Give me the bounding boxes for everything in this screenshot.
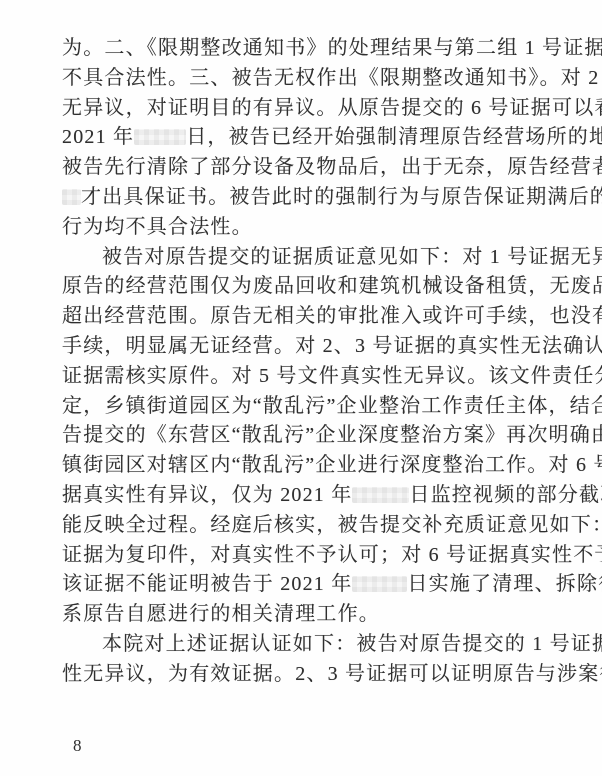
text-line: 手续，明显属无证经营。对 2、3 号证据的真实性无法确认。4 号 (62, 332, 542, 362)
text-line: 该证据不能证明被告于 2021 年日实施了清理、拆除行为， (62, 570, 542, 600)
text-line: 2021 年日，被告已经开始强制清理原告经营场所的地上物， (62, 123, 542, 153)
text-run: 被告先行清除了部分设备及物品后，出于无奈，原告经营者任 (62, 156, 602, 178)
text-run: 不具合法性。三、被告无权作出《限期整改通知书》。对 2 号证据 (62, 67, 602, 89)
text-run: 据真实性有异议，仅为 2021 年 (62, 484, 352, 506)
text-run: 行为均不具合法性。 (62, 216, 253, 238)
text-line: 镇街园区对辖区内“散乱污”企业进行深度整治工作。对 6 号证 (62, 451, 542, 481)
text-line: 被告对原告提交的证据质证意见如下：对 1 号证据无异议， (62, 243, 542, 273)
text-line: 能反映全过程。经庭后核实，被告提交补充质证意见如下：4 号 (62, 511, 542, 541)
text-run: 证据为复印件，对真实性不予认可；对 6 号证据真实性不予认可。 (62, 544, 602, 566)
redaction-box (352, 487, 409, 503)
text-run: 2021 年 (62, 126, 134, 148)
text-run: 原告的经营范围仅为废品回收和建筑机械设备租赁，无废品加工， (62, 275, 602, 297)
text-line: 被告先行清除了部分设备及物品后，出于无奈，原告经营者任 (62, 153, 542, 183)
text-run: 本院对上述证据认证如下：被告对原告提交的 1 号证据真实 (102, 633, 602, 655)
text-run: 日，被告已经开始强制清理原告经营场所的地上物， (186, 126, 602, 148)
scanned-judgment-page: 为。二、《限期整改通知书》的处理结果与第二组 1 号证据相矛盾，不具合法性。三、… (0, 0, 602, 776)
text-run: 告提交的《东营区“散乱污”企业深度整治方案》再次明确由各 (62, 424, 602, 446)
text-run: 该证据不能证明被告于 2021 年 (62, 573, 352, 595)
redaction-box (352, 576, 407, 592)
page-number: 8 (73, 736, 82, 756)
redaction-box (134, 129, 186, 145)
text-line: 行为均不具合法性。 (62, 213, 542, 243)
text-run: 性无异议，为有效证据。2、3 号证据可以证明原告与涉案行政行 (62, 663, 602, 685)
text-run: 为。二、《限期整改通知书》的处理结果与第二组 1 号证据相矛盾， (62, 37, 602, 59)
text-run: 定，乡镇街道园区为“散乱污”企业整治工作责任主体，结合被 (62, 395, 602, 417)
text-run: 能反映全过程。经庭后核实，被告提交补充质证意见如下：4 号 (62, 514, 602, 536)
text-line: 原告的经营范围仅为废品回收和建筑机械设备租赁，无废品加工， (62, 272, 542, 302)
text-run: 系原告自愿进行的相关清理工作。 (62, 603, 380, 625)
text-run: 被告对原告提交的证据质证意见如下：对 1 号证据无异议， (102, 246, 602, 268)
text-line: 证据为复印件，对真实性不予认可；对 6 号证据真实性不予认可。 (62, 541, 542, 571)
redaction-box (62, 189, 81, 205)
text-line: 性无异议，为有效证据。2、3 号证据可以证明原告与涉案行政行 (62, 660, 542, 690)
text-line: 为。二、《限期整改通知书》的处理结果与第二组 1 号证据相矛盾， (62, 34, 542, 64)
text-line: 不具合法性。三、被告无权作出《限期整改通知书》。对 2 号证据 (62, 64, 542, 94)
text-run: 才出具保证书。被告此时的强制行为与原告保证期满后的强制 (81, 186, 602, 208)
text-line: 系原告自愿进行的相关清理工作。 (62, 600, 542, 630)
text-run: 超出经营范围。原告无相关的审批准入或许可手续，也没有环保 (62, 305, 602, 327)
text-line: 告提交的《东营区“散乱污”企业深度整治方案》再次明确由各 (62, 421, 542, 451)
judgment-text-block: 为。二、《限期整改通知书》的处理结果与第二组 1 号证据相矛盾，不具合法性。三、… (62, 34, 542, 690)
text-run: 证据需核实原件。对 5 号文件真实性无异议。该文件责任分工规 (62, 365, 602, 387)
text-run: 手续，明显属无证经营。对 2、3 号证据的真实性无法确认。4 号 (62, 335, 602, 357)
text-line: 定，乡镇街道园区为“散乱污”企业整治工作责任主体，结合被 (62, 392, 542, 422)
text-run: 日监控视频的部分截取，不 (409, 484, 602, 506)
text-line: 据真实性有异议，仅为 2021 年日监控视频的部分截取，不 (62, 481, 542, 511)
text-line: 超出经营范围。原告无相关的审批准入或许可手续，也没有环保 (62, 302, 542, 332)
text-line: 无异议，对证明目的有异议。从原告提交的 6 号证据可以看出， (62, 94, 542, 124)
text-run: 镇街园区对辖区内“散乱污”企业进行深度整治工作。对 6 号证 (62, 454, 602, 476)
text-line: 本院对上述证据认证如下：被告对原告提交的 1 号证据真实 (62, 630, 542, 660)
text-run: 日实施了清理、拆除行为， (407, 573, 602, 595)
text-line: 才出具保证书。被告此时的强制行为与原告保证期满后的强制 (62, 183, 542, 213)
text-line: 证据需核实原件。对 5 号文件真实性无异议。该文件责任分工规 (62, 362, 542, 392)
text-run: 无异议，对证明目的有异议。从原告提交的 6 号证据可以看出， (62, 97, 602, 119)
